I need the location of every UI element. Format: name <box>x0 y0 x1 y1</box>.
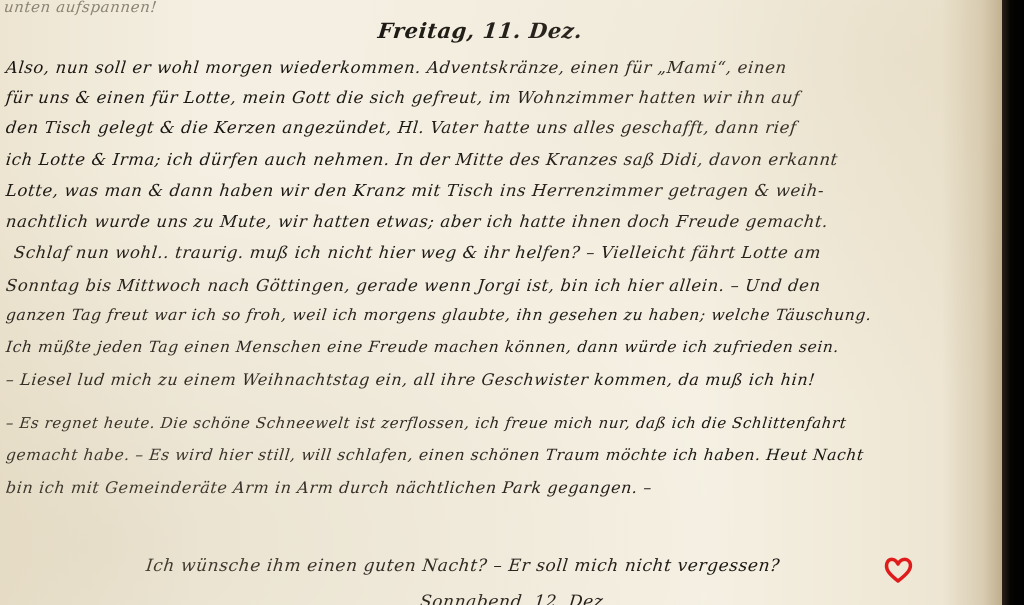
text-line-2: für uns & einen für Lotte, mein Gott die… <box>5 88 801 107</box>
text-line-12: – Es regnet heute. Die schöne Schneewelt… <box>5 414 847 432</box>
text-line-8: Sonntag bis Mittwoch nach Göttingen, ger… <box>5 276 822 295</box>
book-binding-edge <box>1002 0 1024 605</box>
text-line-7: Schlaf nun wohl.. traurig. muß ich nicht… <box>13 243 822 262</box>
diary-page: unten aufspannen! Freitag, 11. Dez. Also… <box>0 0 1002 605</box>
text-line-6: nachtlich wurde uns zu Mute, wir hatten … <box>5 212 829 231</box>
text-line-4: ich Lotte & Irma; ich dürfen auch nehmen… <box>5 150 839 169</box>
text-line-11: – Liesel lud mich zu einem Weihnachtstag… <box>5 370 816 389</box>
text-line-15: Ich wünsche ihm einen guten Nacht? – Er … <box>145 556 781 576</box>
text-line-9: ganzen Tag freut war ich so froh, weil i… <box>5 306 872 324</box>
date-heading: Freitag, 11. Dez. <box>377 18 584 43</box>
carryover-line: unten aufspannen! <box>3 0 158 16</box>
heart-icon <box>883 556 913 584</box>
text-line-13: gemacht habe. – Es wird hier still, will… <box>5 446 865 464</box>
text-line-3: den Tisch gelegt & die Kerzen angezündet… <box>5 118 798 137</box>
text-line-5: Lotte, was man & dann haben wir den Kran… <box>5 181 825 200</box>
text-line-14: bin ich mit Gemeinderäte Arm in Arm durc… <box>5 478 653 497</box>
text-line-10: Ich müßte jeden Tag einen Menschen eine … <box>5 338 840 356</box>
text-line-1: Also, nun soll er wohl morgen wiederkomm… <box>5 58 788 77</box>
partial-bottom-line: Sonnabend, 12. Dez. <box>419 592 610 605</box>
